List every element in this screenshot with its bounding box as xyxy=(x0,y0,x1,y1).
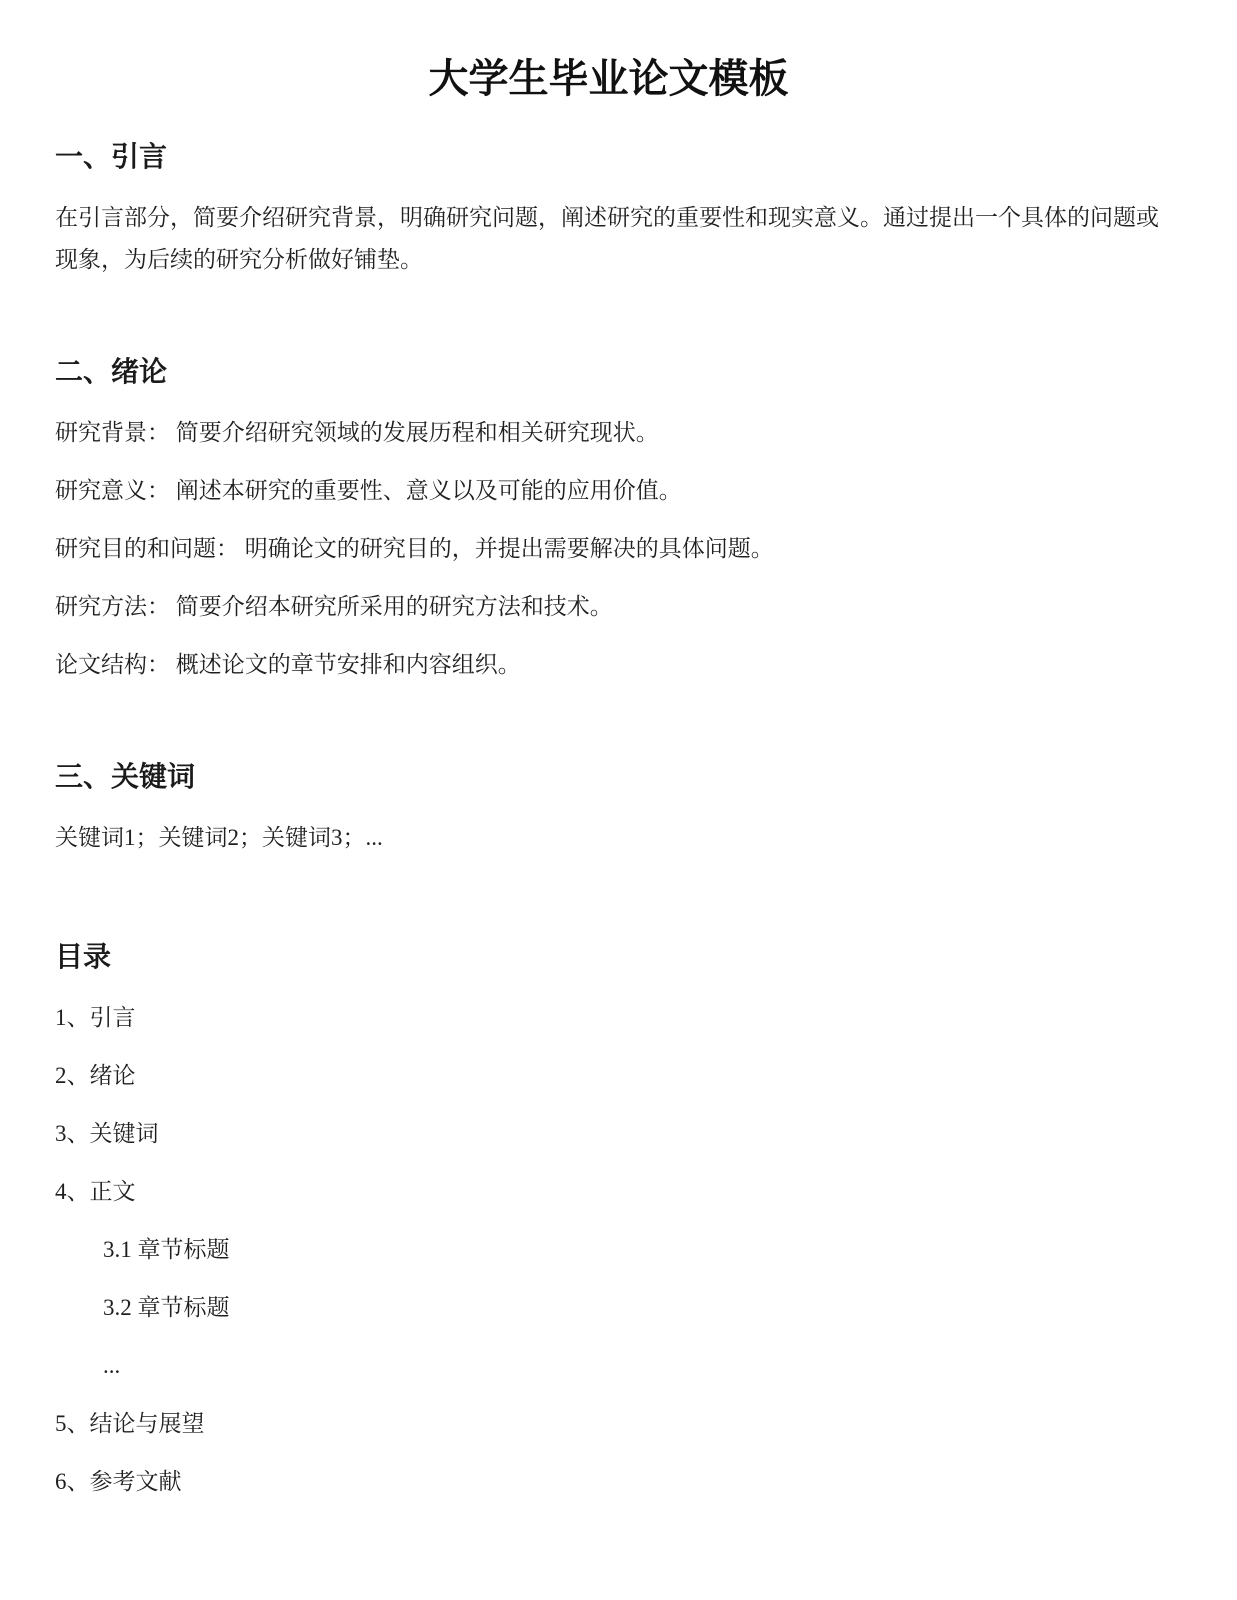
overview-item: 研究方法： 简要介绍本研究所采用的研究方法和技术。 xyxy=(55,586,1162,628)
toc-item: 6、参考文献 xyxy=(55,1461,1162,1503)
section-overview-heading: 二、绪论 xyxy=(55,356,1162,390)
toc-item: 1、引言 xyxy=(55,997,1162,1039)
overview-item: 研究意义： 阐述本研究的重要性、意义以及可能的应用价值。 xyxy=(55,470,1162,512)
toc-subitem: 3.2 章节标题 xyxy=(103,1287,1162,1329)
overview-item: 研究目的和问题： 明确论文的研究目的，并提出需要解决的具体问题。 xyxy=(55,528,1162,570)
overview-item: 论文结构： 概述论文的章节安排和内容组织。 xyxy=(55,644,1162,686)
toc-item: 5、结论与展望 xyxy=(55,1403,1162,1445)
toc-item: 4、正文 xyxy=(55,1171,1162,1213)
toc-item: 2、绪论 xyxy=(55,1055,1162,1097)
section-intro-heading: 一、引言 xyxy=(55,141,1162,175)
document-title: 大学生毕业论文模板 xyxy=(55,55,1162,103)
document-page: 大学生毕业论文模板 一、引言 在引言部分，简要介绍研究背景，明确研究问题，阐述研… xyxy=(0,0,1237,1600)
section-intro-paragraph: 在引言部分，简要介绍研究背景，明确研究问题，阐述研究的重要性和现实意义。通过提出… xyxy=(55,197,1162,281)
section-overview: 二、绪论 研究背景： 简要介绍研究领域的发展历程和相关研究现状。 研究意义： 阐… xyxy=(55,356,1162,686)
toc-heading: 目录 xyxy=(55,941,1162,975)
section-intro: 一、引言 在引言部分，简要介绍研究背景，明确研究问题，阐述研究的重要性和现实意义… xyxy=(55,141,1162,281)
section-keywords-heading: 三、关键词 xyxy=(55,761,1162,795)
toc-item: 3、关键词 xyxy=(55,1113,1162,1155)
keywords-line: 关键词1；关键词2；关键词3；... xyxy=(55,817,1162,859)
toc-subitem: ... xyxy=(103,1345,1162,1387)
overview-item: 研究背景： 简要介绍研究领域的发展历程和相关研究现状。 xyxy=(55,412,1162,454)
section-keywords: 三、关键词 关键词1；关键词2；关键词3；... xyxy=(55,761,1162,859)
toc-subitem: 3.1 章节标题 xyxy=(103,1229,1162,1271)
table-of-contents: 目录 1、引言 2、绪论 3、关键词 4、正文 3.1 章节标题 3.2 章节标… xyxy=(55,941,1162,1503)
